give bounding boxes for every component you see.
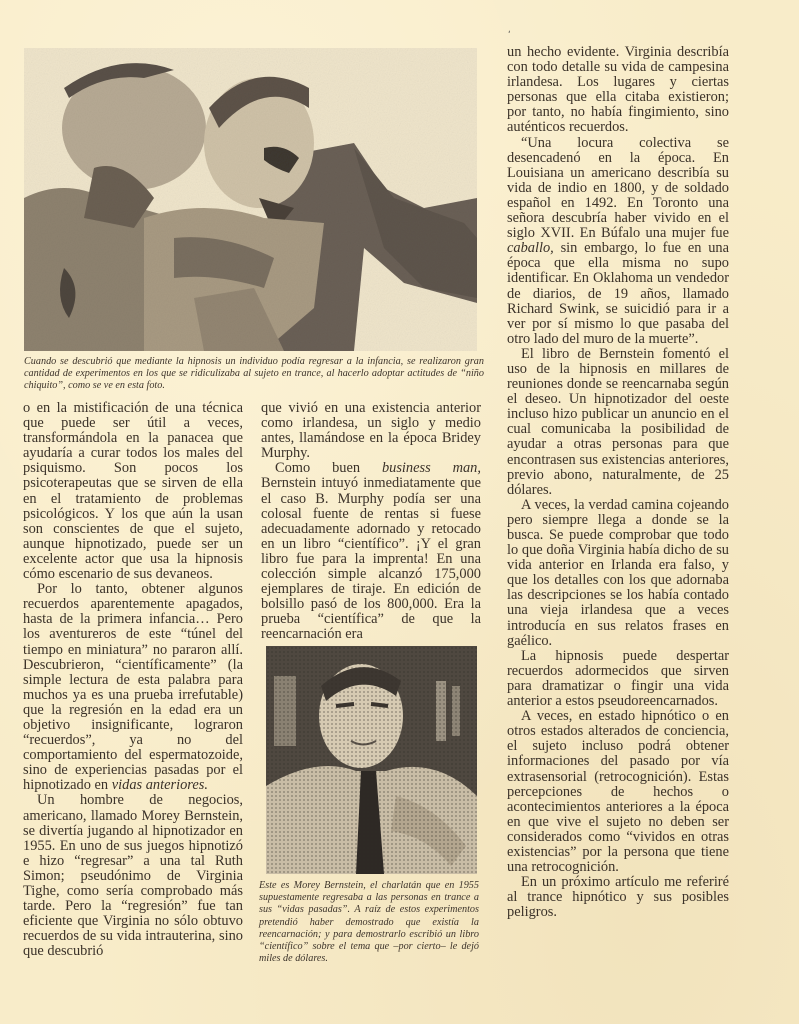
paragraph: Como buen business man, Bernstein intuyó…: [261, 461, 481, 642]
paragraph-text: Como buen: [275, 460, 360, 476]
paragraph: Por lo tanto, obtener algunos recuerdos …: [23, 582, 243, 793]
photo-illustration: [24, 48, 477, 351]
portrait-caption: Este es Morey Bernstein, el charlatán qu…: [259, 880, 479, 965]
article-column-1: o en la mistificación de una técnica que…: [23, 401, 243, 959]
portrait-illustration: [266, 646, 477, 874]
emphasis-text: business man,: [382, 460, 481, 476]
hypnosis-regression-photo: [24, 48, 477, 351]
morey-bernstein-portrait: [266, 646, 477, 874]
paragraph: un hecho evidente. Virginia describía co…: [507, 45, 729, 136]
paragraph: La hipnosis puede despertar recuerdos ad…: [507, 649, 729, 709]
paragraph: “Una locura colectiva se desencadenó en …: [507, 136, 729, 347]
paragraph: que vivió en una existencia anterior com…: [261, 401, 481, 461]
paragraph-text: Por lo tanto, obtener algunos recuerdos …: [23, 581, 243, 793]
paragraph: El libro de Bernstein fomentó el uso de …: [507, 347, 729, 498]
emphasis-text: caballo,: [507, 240, 554, 256]
magazine-page: Cuando se descubrió que mediante la hipn…: [0, 0, 799, 1024]
paragraph-text: Bernstein intuyó inmediatamente que el c…: [261, 475, 481, 642]
top-photo-caption: Cuando se descubrió que mediante la hipn…: [24, 356, 484, 393]
article-column-3: un hecho evidente. Virginia describía co…: [507, 45, 729, 920]
paragraph: A veces, en estado hipnótico o en otros …: [507, 709, 729, 875]
emphasis-text: vidas anteriores.: [112, 777, 208, 793]
paragraph: A veces, la verdad camina cojeando pero …: [507, 498, 729, 649]
paragraph-text: sin embargo, lo fue en una época que ell…: [507, 240, 729, 347]
paragraph: En un próximo artículo me referiré al tr…: [507, 875, 729, 920]
paragraph: Un hombre de negocios, americano, llamad…: [23, 793, 243, 959]
print-mark: ʹ: [508, 31, 511, 41]
paragraph-text: “Una locura colectiva se desencadenó en …: [507, 135, 729, 242]
paragraph: o en la mistificación de una técnica que…: [23, 401, 243, 582]
article-column-2: que vivió en una existencia anterior com…: [261, 401, 481, 643]
